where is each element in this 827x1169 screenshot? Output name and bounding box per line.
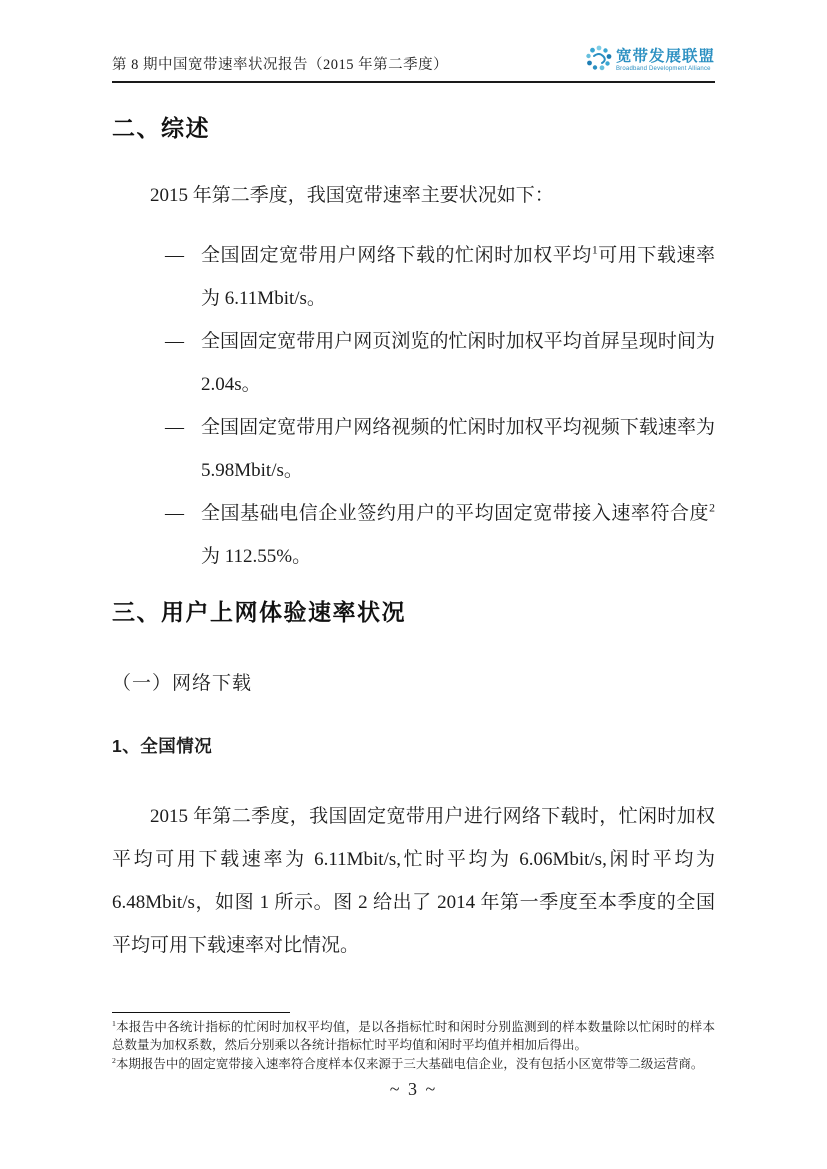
footnote-2-text: 本期报告中的固定宽带接入速率符合度样本仅来源于三大基础电信企业，没有包括小区宽带… [116, 1057, 704, 1071]
section-heading-experience: 三、用户上网体验速率状况 [112, 594, 715, 627]
logo-subtitle: Broadband Development Alliance [616, 66, 715, 72]
page-footer: 1本报告中各统计指标的忙闲时加权平均值，是以各指标忙时和闲时分别监测到的样本数量… [112, 1012, 715, 1100]
bullet-text-post: 为 112.55%。 [201, 546, 311, 567]
subsection-heading-network-download: （一）网络下载 [112, 668, 715, 695]
footnote-ref-2: 2 [709, 502, 715, 515]
bullet-text-pre: 全国固定宽带用户网络视频的忙闲时加权平均视频下载速率为5.98Mbit/s。 [201, 417, 715, 481]
footnote-separator [112, 1012, 290, 1013]
list-item: — 全国固定宽带用户网页浏览的忙闲时加权平均首屏呈现时间为 2.04s。 [165, 320, 715, 406]
document-page: 第 8 期中国宽带速率状况报告（2015 年第二季度） [0, 0, 827, 1169]
bullet-text-pre: 全国基础电信企业签约用户的平均固定宽带接入速率符合度 [201, 503, 709, 524]
page-header: 第 8 期中国宽带速率状况报告（2015 年第二季度） [112, 0, 715, 83]
logo-text: 宽带发展联盟 Broadband Development Alliance [616, 49, 715, 73]
section-heading-overview: 二、综述 [112, 110, 715, 143]
broadband-alliance-logo: 宽带发展联盟 Broadband Development Alliance [585, 44, 715, 78]
list-item-text: 全国基础电信企业签约用户的平均固定宽带接入速率符合度2为 112.55%。 [201, 492, 715, 578]
bullet-text-pre: 全国固定宽带用户网页浏览的忙闲时加权平均首屏呈现时间为 2.04s。 [201, 331, 715, 395]
overview-bullet-list: — 全国固定宽带用户网络下载的忙闲时加权平均1可用下载速率为 6.11Mbit/… [112, 234, 715, 578]
logo-name: 宽带发展联盟 [616, 49, 715, 65]
list-item-text: 全国固定宽带用户网页浏览的忙闲时加权平均首屏呈现时间为 2.04s。 [201, 320, 715, 406]
alliance-dots-icon [585, 44, 613, 77]
page-number: ~ 3 ~ [112, 1079, 715, 1100]
footnote-1: 1本报告中各统计指标的忙闲时加权平均值，是以各指标忙时和闲时分别监测到的样本数量… [112, 1019, 715, 1054]
list-item-text: 全国固定宽带用户网络视频的忙闲时加权平均视频下载速率为5.98Mbit/s。 [201, 406, 715, 492]
list-item: — 全国固定宽带用户网络视频的忙闲时加权平均视频下载速率为5.98Mbit/s。 [165, 406, 715, 492]
list-item: — 全国基础电信企业签约用户的平均固定宽带接入速率符合度2为 112.55%。 [165, 492, 715, 578]
list-item: — 全国固定宽带用户网络下载的忙闲时加权平均1可用下载速率为 6.11Mbit/… [165, 234, 715, 320]
national-situation-paragraph: 2015 年第二季度，我国固定宽带用户进行网络下载时，忙闲时加权平均可用下载速率… [112, 795, 715, 967]
footnote-2: 2本期报告中的固定宽带接入速率符合度样本仅来源于三大基础电信企业，没有包括小区宽… [112, 1056, 715, 1074]
bullet-text-pre: 全国固定宽带用户网络下载的忙闲时加权平均 [201, 245, 592, 266]
footnote-1-text: 本报告中各统计指标的忙闲时加权平均值，是以各指标忙时和闲时分别监测到的样本数量除… [112, 1020, 715, 1052]
list-item-text: 全国固定宽带用户网络下载的忙闲时加权平均1可用下载速率为 6.11Mbit/s。 [201, 234, 715, 320]
dash-bullet-icon: — [165, 320, 201, 406]
dash-bullet-icon: — [165, 492, 201, 578]
subsection-heading-national: 1、全国情况 [112, 733, 715, 758]
dash-bullet-icon: — [165, 406, 201, 492]
overview-intro: 2015 年第二季度，我国宽带速率主要状况如下： [112, 174, 715, 217]
dash-bullet-icon: — [165, 234, 201, 320]
report-title: 第 8 期中国宽带速率状况报告（2015 年第二季度） [112, 53, 448, 78]
